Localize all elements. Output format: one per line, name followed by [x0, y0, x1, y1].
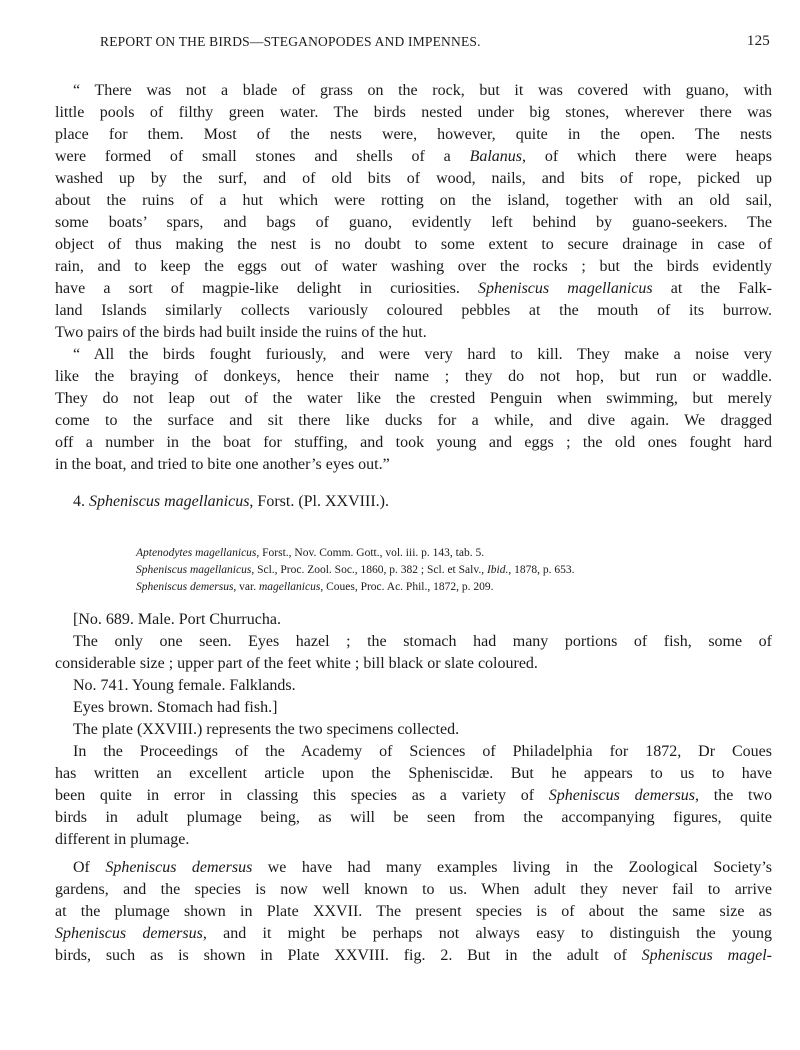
text-line: The only one seen. Eyes hazel ; the stom…: [73, 632, 772, 652]
text-line: little pools of filthy green water. The …: [55, 103, 772, 123]
text-line: [No. 689. Male. Port Churrucha.: [73, 610, 772, 630]
text-line: Spheniscus demersus, and it might be per…: [55, 924, 772, 944]
text-line: been quite in error in classing this spe…: [55, 786, 772, 806]
text-line: rain, and to keep the eggs out of water …: [55, 257, 772, 277]
text-line: like the braying of donkeys, hence their…: [55, 367, 772, 387]
text-line: gardens, and the species is now well kno…: [55, 880, 772, 900]
text-line: The plate (XXVIII.) represents the two s…: [73, 720, 772, 740]
text-line: land Islands similarly collects variousl…: [55, 301, 772, 321]
text-line: has written an excellent article upon th…: [55, 764, 772, 784]
synonymy-line: Aptenodytes magellanicus, Forst., Nov. C…: [136, 546, 696, 561]
text-line: In the Proceedings of the Academy of Sci…: [73, 742, 772, 762]
text-line: come to the surface and sit there like d…: [55, 411, 772, 431]
text-line: washed up by the surf, and of old bits o…: [55, 169, 772, 189]
running-title: REPORT ON THE BIRDS—STEGANOPODES AND IMP…: [100, 34, 481, 50]
text-line: “ All the birds fought furiously, and we…: [73, 345, 772, 365]
text-line: off a number in the boat for stuffing, a…: [55, 433, 772, 453]
text-line: Of Spheniscus demersus we have had many …: [73, 858, 772, 878]
text-line: “ There was not a blade of grass on the …: [73, 81, 772, 101]
text-line: at the plumage shown in Plate XXVII. The…: [55, 902, 772, 922]
text-line: birds, such as is shown in Plate XXVIII.…: [55, 946, 772, 966]
species-heading: 4. Spheniscus magellanicus, Forst. (Pl. …: [73, 492, 772, 512]
synonymy-line: Spheniscus magellanicus, Scl., Proc. Zoo…: [136, 563, 696, 578]
page-header: REPORT ON THE BIRDS—STEGANOPODES AND IMP…: [100, 34, 770, 56]
text-line: No. 741. Young female. Falklands.: [73, 676, 772, 696]
text-line: have a sort of magpie-like delight in cu…: [55, 279, 772, 299]
text-line: were formed of small stones and shells o…: [55, 147, 772, 167]
text-line: place for them. Most of the nests were, …: [55, 125, 772, 145]
synonymy-line: Spheniscus demersus, var. magellanicus, …: [136, 580, 696, 595]
text-line: object of thus making the nest is no dou…: [55, 235, 772, 255]
text-line: in the boat, and tried to bite one anoth…: [55, 455, 772, 475]
text-line: birds in adult plumage being, as will be…: [55, 808, 772, 828]
text-line: They do not leap out of the water like t…: [55, 389, 772, 409]
text-line: some boats’ spars, and bags of guano, ev…: [55, 213, 772, 233]
text-line: considerable size ; upper part of the fe…: [55, 654, 772, 674]
document-page: REPORT ON THE BIRDS—STEGANOPODES AND IMP…: [0, 0, 800, 1050]
text-line: Eyes brown. Stomach had fish.]: [73, 698, 772, 718]
text-line: Two pairs of the birds had built inside …: [55, 323, 772, 343]
text-line: about the ruins of a hut which were rott…: [55, 191, 772, 211]
text-line: different in plumage.: [55, 830, 772, 850]
page-number: 125: [747, 33, 770, 50]
